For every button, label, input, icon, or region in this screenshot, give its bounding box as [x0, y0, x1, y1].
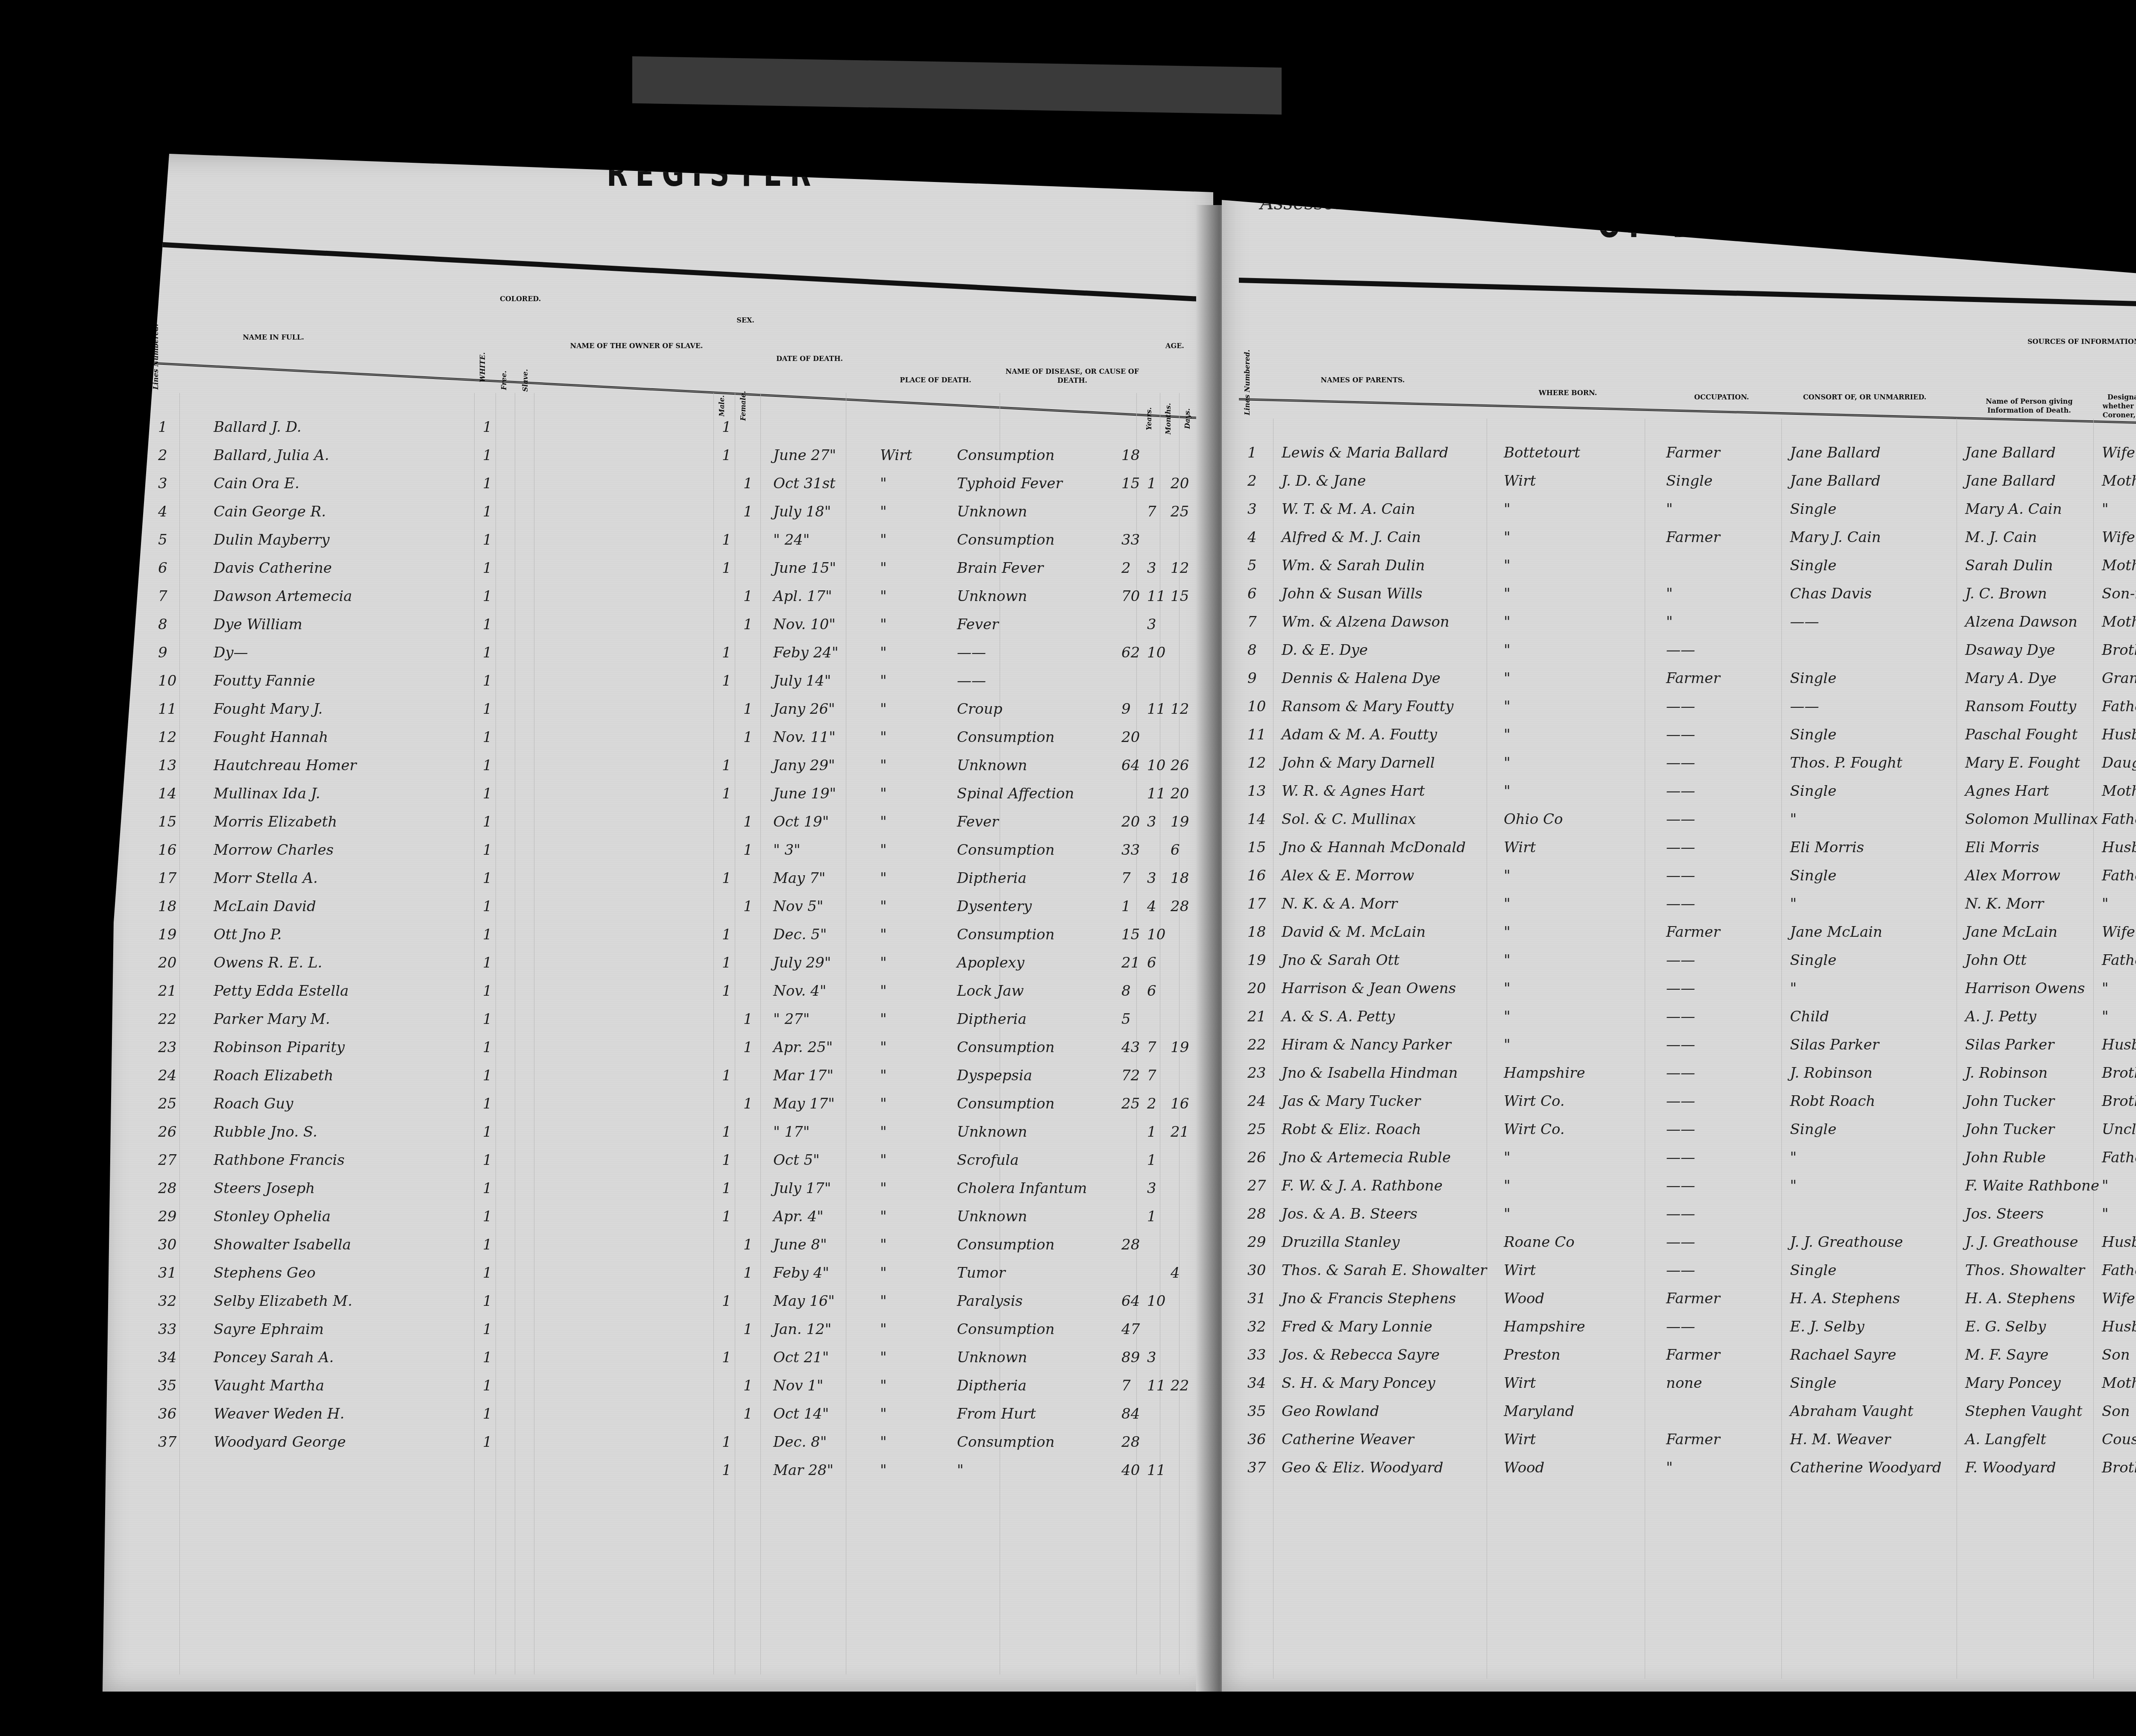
- cause-of-death: Tumor: [957, 1264, 1006, 1281]
- name-in-full: Cain Ora E.: [214, 475, 299, 492]
- where-born: ": [1504, 613, 1511, 630]
- name-in-full: Hautchreau Homer: [214, 757, 357, 774]
- left-header-3: COLORED.: [500, 295, 538, 308]
- occupation: Single: [1666, 472, 1713, 490]
- sex-mark: 1: [743, 898, 753, 915]
- sex-mark: 1: [743, 1011, 753, 1028]
- age-days: 19: [1171, 1039, 1189, 1056]
- line-number: 10: [158, 672, 176, 689]
- where-born: Wood: [1504, 1290, 1544, 1307]
- names-of-parents: Jno & Isabella Hindman: [1282, 1064, 1458, 1082]
- where-born: ": [1504, 1205, 1511, 1223]
- names-of-parents: J. D. & Jane: [1282, 472, 1366, 490]
- sex-mark: 1: [743, 729, 753, 746]
- white-mark: 1: [483, 1011, 492, 1028]
- sex-mark: 1: [722, 982, 731, 1000]
- date-of-death: Jan. 12": [773, 1321, 831, 1338]
- line-number: 4: [1247, 529, 1257, 546]
- cause-of-death: Apoplexy: [957, 954, 1024, 971]
- line-number: 20: [1247, 980, 1266, 997]
- sex-mark: 1: [743, 1377, 753, 1394]
- left-row: 31Stephens Geo1Feby 4""Tumor41: [103, 1264, 1213, 1290]
- where-born: Ohio Co: [1504, 811, 1563, 828]
- age-days: 21: [1171, 1123, 1189, 1141]
- white-mark: 1: [483, 1039, 492, 1056]
- right-row: 11Adam & M. A. Foutty"——SinglePaschal Fo…: [1222, 726, 2136, 752]
- consort-or-unmarried: Silas Parker: [1790, 1036, 1879, 1053]
- cause-of-death: Diptheria: [957, 1011, 1027, 1028]
- age-days: 25: [1171, 503, 1189, 520]
- age-years: 33: [1121, 842, 1140, 859]
- names-of-parents: Jno & Hannah McDonald: [1282, 839, 1466, 856]
- where-born: Wirt Co.: [1504, 1093, 1565, 1110]
- occupation: ——: [1666, 867, 1695, 884]
- occupation: ——: [1666, 1177, 1695, 1194]
- informant-designation: Father: [2102, 952, 2136, 969]
- sex-mark: 1: [722, 531, 731, 548]
- informant-designation: Cousin: [2102, 1431, 2136, 1448]
- names-of-parents: Lewis & Maria Ballard: [1282, 444, 1449, 461]
- left-header-13: AGE.: [1149, 342, 1200, 355]
- sex-mark: 1: [722, 1123, 731, 1141]
- informant-name: Agnes Hart: [1965, 783, 2049, 800]
- right-row: 23Jno & Isabella HindmanHampshire——J. Ro…: [1222, 1064, 2136, 1090]
- place-of-death: ": [880, 701, 887, 718]
- name-in-full: Roach Guy: [214, 1095, 293, 1112]
- age-years: 62: [1121, 644, 1140, 661]
- consort-or-unmarried: Rachael Sayre: [1790, 1346, 1896, 1364]
- informant-name: F. Waite Rathbone: [1965, 1177, 2099, 1194]
- informant-name: John Ruble: [1965, 1149, 2046, 1166]
- line-number: 3: [158, 475, 167, 492]
- line-number: 24: [158, 1067, 176, 1084]
- name-in-full: Davis Catherine: [214, 560, 332, 577]
- cause-of-death: Unknown: [957, 588, 1027, 605]
- left-row: 34Poncey Sarah A.1Oct 21""Unknown8931: [103, 1349, 1213, 1375]
- names-of-parents: Alfred & M. J. Cain: [1282, 529, 1421, 546]
- right-row: 7Wm. & Alzena Dawson""——Alzena DawsonMot…: [1222, 613, 2136, 639]
- informant-name: John Ott: [1965, 952, 2027, 969]
- age-months: 3: [1147, 870, 1156, 887]
- occupation: Farmer: [1666, 670, 1720, 687]
- informant-name: J. J. Greathouse: [1965, 1234, 2078, 1251]
- right-row: 32Fred & Mary LonnieHampshire——E. J. Sel…: [1222, 1318, 2136, 1344]
- consort-or-unmarried: Single: [1790, 501, 1837, 518]
- line-number: 30: [1247, 1262, 1266, 1279]
- informant-designation: Father: [2102, 811, 2136, 828]
- informant-name: A. J. Petty: [1965, 1008, 2036, 1025]
- informant-name: N. K. Morr: [1965, 895, 2044, 912]
- where-born: ": [1504, 698, 1511, 715]
- informant-name: Sarah Dulin: [1965, 557, 2053, 574]
- sex-mark: 1: [722, 644, 731, 661]
- cause-of-death: Typhoid Fever: [957, 475, 1062, 492]
- where-born: Wood: [1504, 1459, 1544, 1476]
- right-row: 4Alfred & M. J. Cain"FarmerMary J. CainM…: [1222, 529, 2136, 554]
- left-header-5: Slave.: [521, 350, 538, 410]
- informant-designation: Wife: [2102, 529, 2135, 546]
- name-in-full: Stonley Ophelia: [214, 1208, 331, 1225]
- year-note: For the year Ending Dec. 31st 1879: [1863, 196, 2136, 218]
- line-number: 6: [158, 560, 167, 577]
- where-born: ": [1504, 501, 1511, 518]
- names-of-parents: John & Mary Darnell: [1282, 754, 1435, 771]
- assessor-name: W. A. Rader: [803, 154, 915, 176]
- right-header-1: NAMES OF PARENTS.: [1294, 376, 1431, 393]
- consort-or-unmarried: ": [1790, 1149, 1797, 1166]
- white-mark: 1: [483, 898, 492, 915]
- informant-name: Silas Parker: [1965, 1036, 2054, 1053]
- where-born: Preston: [1504, 1346, 1561, 1364]
- line-number: 8: [158, 616, 167, 633]
- line-number: 15: [1247, 839, 1266, 856]
- sex-mark: 1: [743, 1321, 753, 1338]
- informant-designation: Father: [2102, 1262, 2136, 1279]
- cause-of-death: Unknown: [957, 1123, 1027, 1141]
- cause-of-death: Consumption: [957, 1236, 1055, 1253]
- line-number: 17: [158, 870, 176, 887]
- sex-mark: 1: [743, 1039, 753, 1056]
- left-page: REGISTER W. A. Rader Lines Numbered.NAME…: [103, 154, 1213, 1692]
- title-of-deaths: OF DEATHS.: [1598, 204, 1858, 246]
- place-of-death: ": [880, 588, 887, 605]
- white-mark: 1: [483, 842, 492, 859]
- right-row: 35Geo RowlandMarylandAbraham VaughtSteph…: [1222, 1403, 2136, 1428]
- names-of-parents: Druzilla Stanley: [1282, 1234, 1400, 1251]
- names-of-parents: Wm. & Alzena Dawson: [1282, 613, 1449, 630]
- right-header-7: Designation of Informant, whether Physic…: [2102, 393, 2136, 453]
- right-row: 13W. R. & Agnes Hart"——SingleAgnes HartM…: [1222, 783, 2136, 808]
- line-number: 6: [1247, 585, 1257, 602]
- right-row: 1Lewis & Maria BallardBottetourtFarmerJa…: [1222, 444, 2136, 470]
- name-in-full: Weaver Weden H.: [214, 1405, 344, 1422]
- age-months: 1: [1147, 1123, 1156, 1141]
- informant-designation: Father: [2102, 867, 2136, 884]
- age-months: 10: [1147, 926, 1165, 943]
- cause-of-death: Consumption: [957, 926, 1055, 943]
- occupation: Farmer: [1666, 529, 1720, 546]
- names-of-parents: Jos. & A. B. Steers: [1282, 1205, 1417, 1223]
- name-in-full: Petty Edda Estella: [214, 982, 349, 1000]
- line-number: 37: [158, 1434, 176, 1451]
- informant-designation: Son: [2102, 1346, 2130, 1364]
- consort-or-unmarried: Single: [1790, 867, 1837, 884]
- white-mark: 1: [483, 1321, 492, 1338]
- sex-mark: 1: [722, 1180, 731, 1197]
- white-mark: 1: [483, 785, 492, 802]
- right-row: 27F. W. & J. A. Rathbone"——"F. Waite Rat…: [1222, 1177, 2136, 1203]
- age-months: 4: [1147, 898, 1156, 915]
- date-of-death: " 3": [773, 842, 801, 859]
- informant-designation: Son: [2102, 1403, 2130, 1420]
- informant-designation: Mother: [2102, 472, 2136, 490]
- place-of-death: ": [880, 1208, 887, 1225]
- place-of-death: ": [880, 1039, 887, 1056]
- age-years: 28: [1121, 1434, 1140, 1451]
- names-of-parents: Fred & Mary Lonnie: [1282, 1318, 1432, 1335]
- right-row: 5Wm. & Sarah Dulin"SingleSarah DulinMoth…: [1222, 557, 2136, 583]
- right-row: 29Druzilla StanleyRoane Co——J. J. Greath…: [1222, 1234, 2136, 1259]
- left-row: 26Rubble Jno. S.1" 17""Unknown1211: [103, 1123, 1213, 1149]
- consort-or-unmarried: Jane Ballard: [1790, 472, 1881, 490]
- informant-designation: Son-in-law: [2102, 585, 2136, 602]
- names-of-parents: Jno & Artemecia Ruble: [1282, 1149, 1451, 1166]
- occupation: ——: [1666, 1318, 1695, 1335]
- occupation: ——: [1666, 1008, 1695, 1025]
- date-of-death: May 17": [773, 1095, 835, 1112]
- name-in-full: Stephens Geo: [214, 1264, 316, 1281]
- line-number: 33: [158, 1321, 176, 1338]
- line-number: 23: [1247, 1064, 1266, 1082]
- occupation: ——: [1666, 783, 1695, 800]
- consort-or-unmarried: Mary J. Cain: [1790, 529, 1881, 546]
- sex-mark: 1: [743, 1095, 753, 1112]
- name-in-full: Rathbone Francis: [214, 1152, 345, 1169]
- informant-name: Mary A. Dye: [1965, 670, 2057, 687]
- right-row: 17N. K. & A. Morr"——"N. K. Morr": [1222, 895, 2136, 921]
- cause-of-death: Consumption: [957, 447, 1055, 464]
- white-mark: 1: [483, 503, 492, 520]
- names-of-parents: Wm. & Sarah Dulin: [1282, 557, 1425, 574]
- sex-mark: 1: [743, 701, 753, 718]
- informant-designation: Wife: [2102, 924, 2135, 941]
- right-row: 34S. H. & Mary PonceyWirtnoneSingleMary …: [1222, 1375, 2136, 1400]
- informant-designation: Husband: [2102, 1036, 2136, 1053]
- date-of-death: Feby 24": [773, 644, 839, 661]
- age-months: 11: [1147, 588, 1165, 605]
- line-number: 18: [158, 898, 176, 915]
- informant-designation: Father: [2102, 1149, 2136, 1166]
- occupation: ": [1666, 585, 1673, 602]
- name-in-full: Vaught Martha: [214, 1377, 324, 1394]
- cause-of-death: Diptheria: [957, 870, 1027, 887]
- name-in-full: Rubble Jno. S.: [214, 1123, 317, 1141]
- names-of-parents: Thos. & Sarah E. Showalter: [1282, 1262, 1487, 1279]
- right-row: 12John & Mary Darnell"——Thos. P. FoughtM…: [1222, 754, 2136, 780]
- occupation: ": [1666, 1459, 1673, 1476]
- white-mark: 1: [483, 1152, 492, 1169]
- occupation: ——: [1666, 1149, 1695, 1166]
- white-mark: 1: [483, 870, 492, 887]
- sex-mark: 1: [743, 1405, 753, 1422]
- left-row: 25Roach Guy1May 17""Consumption252161: [103, 1095, 1213, 1121]
- line-number: 8: [1247, 642, 1257, 659]
- where-born: ": [1504, 1036, 1511, 1053]
- white-mark: 1: [483, 1180, 492, 1197]
- informant-name: Harrison Owens: [1965, 980, 2085, 997]
- sex-mark: 1: [722, 926, 731, 943]
- right-header-5: SOURCES OF INFORMATION.: [1974, 337, 2136, 355]
- age-months: 6: [1147, 982, 1156, 1000]
- date-of-death: Nov 5": [773, 898, 824, 915]
- informant-designation: Husband: [2102, 1234, 2136, 1251]
- line-number: 19: [1247, 952, 1266, 969]
- line-number: 32: [1247, 1318, 1266, 1335]
- age-years: 33: [1121, 531, 1140, 548]
- name-in-full: Ballard, Julia A.: [214, 447, 329, 464]
- name-in-full: Dye William: [214, 616, 302, 633]
- white-mark: 1: [483, 447, 492, 464]
- informant-name: Solomon Mullinax: [1965, 811, 2098, 828]
- cause-of-death: Consumption: [957, 1434, 1055, 1451]
- informant-name: John Tucker: [1965, 1093, 2054, 1110]
- name-in-full: Dulin Mayberry: [214, 531, 330, 548]
- age-days: 4: [1171, 1264, 1180, 1281]
- names-of-parents: Alex & E. Morrow: [1282, 867, 1414, 884]
- line-number: 11: [1247, 726, 1266, 743]
- where-born: ": [1504, 1149, 1511, 1166]
- informant-designation: ": [2102, 1177, 2109, 1194]
- name-in-full: Cain George R.: [214, 503, 326, 520]
- white-mark: 1: [483, 1264, 492, 1281]
- right-header-2: WHERE BORN.: [1512, 389, 1623, 406]
- left-header-11: PLACE OF DEATH.: [867, 376, 1004, 393]
- occupation: ——: [1666, 698, 1695, 715]
- line-number: 25: [158, 1095, 176, 1112]
- line-number: 32: [158, 1293, 176, 1310]
- occupation: ——: [1666, 1036, 1695, 1053]
- age-days: 18: [1171, 870, 1189, 887]
- age-years: 7: [1121, 870, 1131, 887]
- where-born: Hampshire: [1504, 1318, 1585, 1335]
- cause-of-death: Consumption: [957, 729, 1055, 746]
- age-years: 89: [1121, 1349, 1140, 1366]
- age-months: 10: [1147, 644, 1165, 661]
- line-number: 1: [1247, 444, 1257, 461]
- left-row: 18McLain David1Nov 5""Dysentery14281: [103, 898, 1213, 924]
- informant-name: F. Woodyard: [1965, 1459, 2056, 1476]
- age-months: 3: [1147, 813, 1156, 830]
- cause-of-death: Fever: [957, 813, 998, 830]
- name-in-full: Fought Mary J.: [214, 701, 323, 718]
- line-number: 13: [1247, 783, 1266, 800]
- informant-name: Paschal Fought: [1965, 726, 2077, 743]
- right-row: 21A. & S. A. Petty"——ChildA. J. Petty": [1222, 1008, 2136, 1034]
- informant-designation: ": [2102, 1008, 2109, 1025]
- line-number: 31: [158, 1264, 176, 1281]
- line-number: 35: [1247, 1403, 1266, 1420]
- place-of-death: ": [880, 870, 887, 887]
- line-number: 34: [1247, 1375, 1266, 1392]
- white-mark: 1: [483, 644, 492, 661]
- line-number: 31: [1247, 1290, 1266, 1307]
- left-header-0: Lines Numbered.: [152, 308, 169, 406]
- line-number: 21: [158, 982, 176, 1000]
- right-row: 10Ransom & Mary Foutty"————Ransom Foutty…: [1222, 698, 2136, 724]
- age-months: 1: [1147, 475, 1156, 492]
- age-months: 7: [1147, 1067, 1156, 1084]
- sex-mark: 1: [722, 954, 731, 971]
- left-row: 12Fought Hannah1Nov. 11""Consumption201: [103, 729, 1213, 754]
- consort-or-unmarried: J. Robinson: [1790, 1064, 1872, 1082]
- informant-name: Jane Ballard: [1965, 444, 2056, 461]
- left-row: 3Cain Ora E.1Oct 31st"Typhoid Fever15120…: [103, 475, 1213, 501]
- consort-or-unmarried: ——: [1790, 613, 1819, 630]
- age-days: 12: [1171, 560, 1189, 577]
- cause-of-death: Unknown: [957, 1208, 1027, 1225]
- consort-or-unmarried: Single: [1790, 952, 1837, 969]
- occupation: ——: [1666, 1234, 1695, 1251]
- right-row: 3W. T. & M. A. Cain""SingleMary A. Cain": [1222, 501, 2136, 526]
- informant-designation: ": [2102, 980, 2109, 997]
- consort-or-unmarried: Child: [1790, 1008, 1829, 1025]
- names-of-parents: W. T. & M. A. Cain: [1282, 501, 1415, 518]
- names-of-parents: A. & S. A. Petty: [1282, 1008, 1395, 1025]
- consort-or-unmarried: Jane Ballard: [1790, 444, 1881, 461]
- sex-mark: 1: [722, 1067, 731, 1084]
- consort-or-unmarried: H. M. Weaver: [1790, 1431, 1891, 1448]
- right-row: 15Jno & Hannah McDonaldWirt——Eli MorrisE…: [1222, 839, 2136, 865]
- age-years: 28: [1121, 1236, 1140, 1253]
- place-of-death: ": [880, 898, 887, 915]
- occupation: ——: [1666, 1064, 1695, 1082]
- age-months: 3: [1147, 1349, 1156, 1366]
- line-number: 25: [1247, 1121, 1266, 1138]
- age-years: 43: [1121, 1039, 1140, 1056]
- age-years: 15: [1121, 475, 1140, 492]
- cause-of-death: Unknown: [957, 1349, 1027, 1366]
- name-in-full: Ott Jno P.: [214, 926, 282, 943]
- informant-name: Thos. Showalter: [1965, 1262, 2085, 1279]
- left-row: 36Weaver Weden H.1Oct 14""From Hurt841: [103, 1405, 1213, 1431]
- line-number: 13: [158, 757, 176, 774]
- sex-mark: 1: [743, 1236, 753, 1253]
- consort-or-unmarried: Single: [1790, 557, 1837, 574]
- right-row: 18David & M. McLain"FarmerJane McLainJan…: [1222, 924, 2136, 949]
- left-row: 27Rathbone Francis1Oct 5""Scrofula11: [103, 1152, 1213, 1177]
- consort-or-unmarried: ": [1790, 1177, 1797, 1194]
- left-row: 11Fought Mary J.1Jany 26""Croup911121: [103, 701, 1213, 726]
- where-born: ": [1504, 1008, 1511, 1025]
- line-number: 16: [1247, 867, 1266, 884]
- left-row: 37Woodyard George1Dec. 8""Consumption281: [103, 1434, 1213, 1459]
- right-row: 16Alex & E. Morrow"——SingleAlex MorrowFa…: [1222, 867, 2136, 893]
- date-of-death: Apr. 25": [773, 1039, 833, 1056]
- right-row: 9Dennis & Halena Dye"FarmerSingleMary A.…: [1222, 670, 2136, 695]
- names-of-parents: Hiram & Nancy Parker: [1282, 1036, 1451, 1053]
- line-number: 37: [1247, 1459, 1266, 1476]
- line-number: 28: [158, 1180, 176, 1197]
- cause-of-death: Cholera Infantum: [957, 1180, 1087, 1197]
- right-row: 6John & Susan Wills""Chas DavisJ. C. Bro…: [1222, 585, 2136, 611]
- consort-or-unmarried: ——: [1790, 698, 1819, 715]
- right-header-6: Name of Person giving Information of Dea…: [1965, 397, 2093, 440]
- name-in-full: Parker Mary M.: [214, 1011, 330, 1028]
- consort-or-unmarried: ": [1790, 811, 1797, 828]
- line-number: 19: [158, 926, 176, 943]
- right-page: Assessor OF DEATHS. For the year Ending …: [1222, 154, 2136, 1692]
- line-number: 3: [1247, 501, 1257, 518]
- names-of-parents: John & Susan Wills: [1282, 585, 1423, 602]
- white-mark: 1: [483, 813, 492, 830]
- informant-name: M. F. Sayre: [1965, 1346, 2048, 1364]
- names-of-parents: Robt & Eliz. Roach: [1282, 1121, 1421, 1138]
- age-years: 18: [1121, 447, 1140, 464]
- informant-designation: Brother: [2102, 1093, 2136, 1110]
- left-header-6: NAME OF THE OWNER OF SLAVE.: [564, 342, 709, 376]
- name-in-full: Dy—: [214, 644, 248, 661]
- white-mark: 1: [483, 616, 492, 633]
- sex-mark: 1: [743, 842, 753, 859]
- where-born: ": [1504, 1177, 1511, 1194]
- cause-of-death: ": [957, 1462, 964, 1479]
- left-row: 29Stonley Ophelia1Apr. 4""Unknown11: [103, 1208, 1213, 1234]
- where-born: Wirt: [1504, 1431, 1536, 1448]
- consort-or-unmarried: Single: [1790, 1262, 1837, 1279]
- line-number: 7: [158, 588, 167, 605]
- name-in-full: Mullinax Ida J.: [214, 785, 320, 802]
- age-years: 47: [1121, 1321, 1140, 1338]
